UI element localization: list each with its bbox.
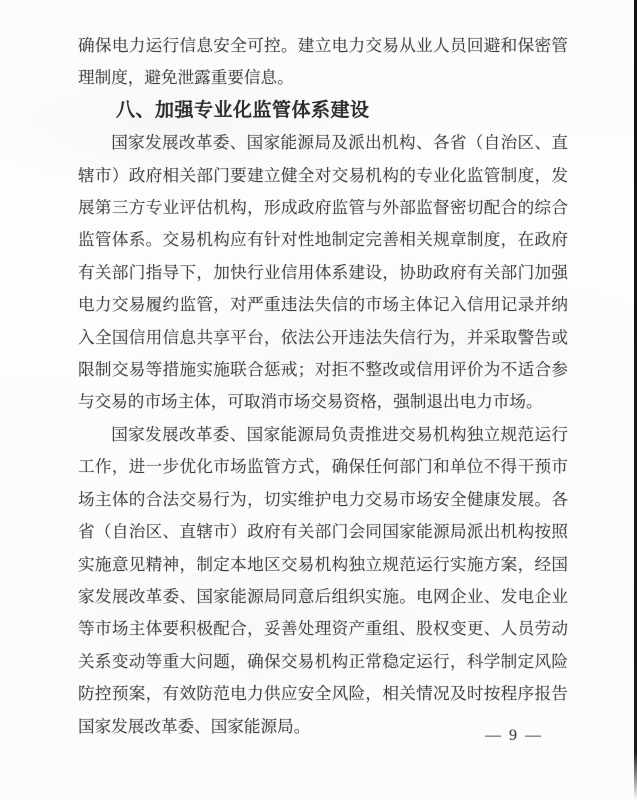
text-line: 展第三方专业评估机构，形成政府监管与外部监督密切配合的综合 xyxy=(78,192,568,224)
text-line: 确保电力运行信息安全可控。建立电力交易从业人员回避和保密管 xyxy=(78,30,568,62)
page-number: — 9 — xyxy=(485,724,543,748)
text-line: 场主体的合法交易行为，切实维护电力交易市场安全健康发展。各 xyxy=(78,484,568,516)
text-line: 辖市）政府相关部门要建立健全对交易机构的专业化监管制度，发 xyxy=(78,160,568,192)
text-line: 实施意见精神，制定本地区交易机构独立规范运行实施方案，经国 xyxy=(78,549,568,581)
paragraph: 国家发展改革委、国家能源局及派出机构、各省（自治区、直辖市）政府相关部门要建立健… xyxy=(78,127,568,419)
paragraph: 国家发展改革委、国家能源局负责推进交易机构独立规范运行工作，进一步优化市场监管方… xyxy=(78,419,568,743)
text-line: 电力交易履约监管，对严重违法失信的市场主体记入信用记录并纳 xyxy=(78,289,568,321)
text-line: 国家发展改革委、国家能源局负责推进交易机构独立规范运行 xyxy=(78,419,568,451)
scanned-document-page: 确保电力运行信息安全可控。建立电力交易从业人员回避和保密管理制度，避免泄露重要信… xyxy=(0,0,637,800)
text-line: 入全国信用信息共享平台，依法公开违法失信行为，并采取警告或 xyxy=(78,322,568,354)
text-line: 省（自治区、直辖市）政府有关部门会同国家能源局派出机构按照 xyxy=(78,516,568,548)
section-heading: 八、加强专业化监管体系建设 xyxy=(78,95,568,127)
text-line: 家发展改革委、国家能源局同意后组织实施。电网企业、发电企业 xyxy=(78,581,568,613)
text-line: 有关部门指导下，加快行业信用体系建设，协助政府有关部门加强 xyxy=(78,257,568,289)
text-line: 工作，进一步优化市场监管方式，确保任何部门和单位不得干预市 xyxy=(78,451,568,483)
text-line: 防控预案，有效防范电力供应安全风险，相关情况及时按程序报告 xyxy=(78,678,568,710)
text-line: 与交易的市场主体，可取消市场交易资格，强制退出电力市场。 xyxy=(78,386,568,418)
text-line: 国家发展改革委、国家能源局及派出机构、各省（自治区、直 xyxy=(78,127,568,159)
text-line: 监管体系。交易机构应有针对性地制定完善相关规章制度，在政府 xyxy=(78,224,568,256)
text-line: 理制度，避免泄露重要信息。 xyxy=(78,62,568,94)
heading-line: 八、加强专业化监管体系建设 xyxy=(78,95,568,127)
text-line: 关系变动等重大问题，确保交易机构正常稳定运行，科学制定风险 xyxy=(78,646,568,678)
paragraph: 确保电力运行信息安全可控。建立电力交易从业人员回避和保密管理制度，避免泄露重要信… xyxy=(78,30,568,95)
text-line: 等市场主体要积极配合，妥善处理资产重组、股权变更、人员劳动 xyxy=(78,613,568,645)
text-line: 限制交易等措施实施联合惩戒；对拒不整改或信用评价为不适合参 xyxy=(78,354,568,386)
document-body: 确保电力运行信息安全可控。建立电力交易从业人员回避和保密管理制度，避免泄露重要信… xyxy=(78,30,568,743)
